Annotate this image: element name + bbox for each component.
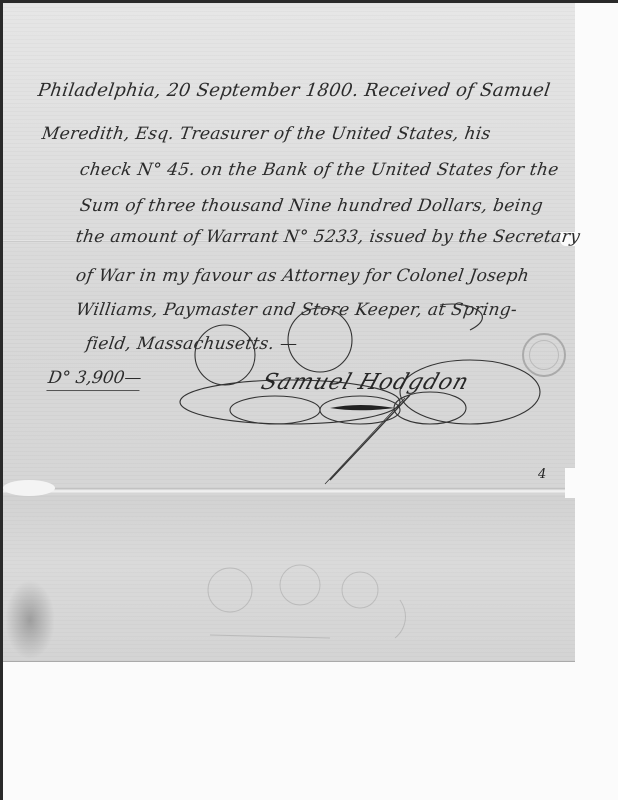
library-stamp-icon	[522, 333, 566, 377]
signature: Samuel Hodgdon	[258, 370, 472, 395]
bleed-through-ink	[150, 560, 470, 650]
signature-flourish-icon	[0, 0, 618, 800]
page-mark: 4	[538, 467, 546, 482]
